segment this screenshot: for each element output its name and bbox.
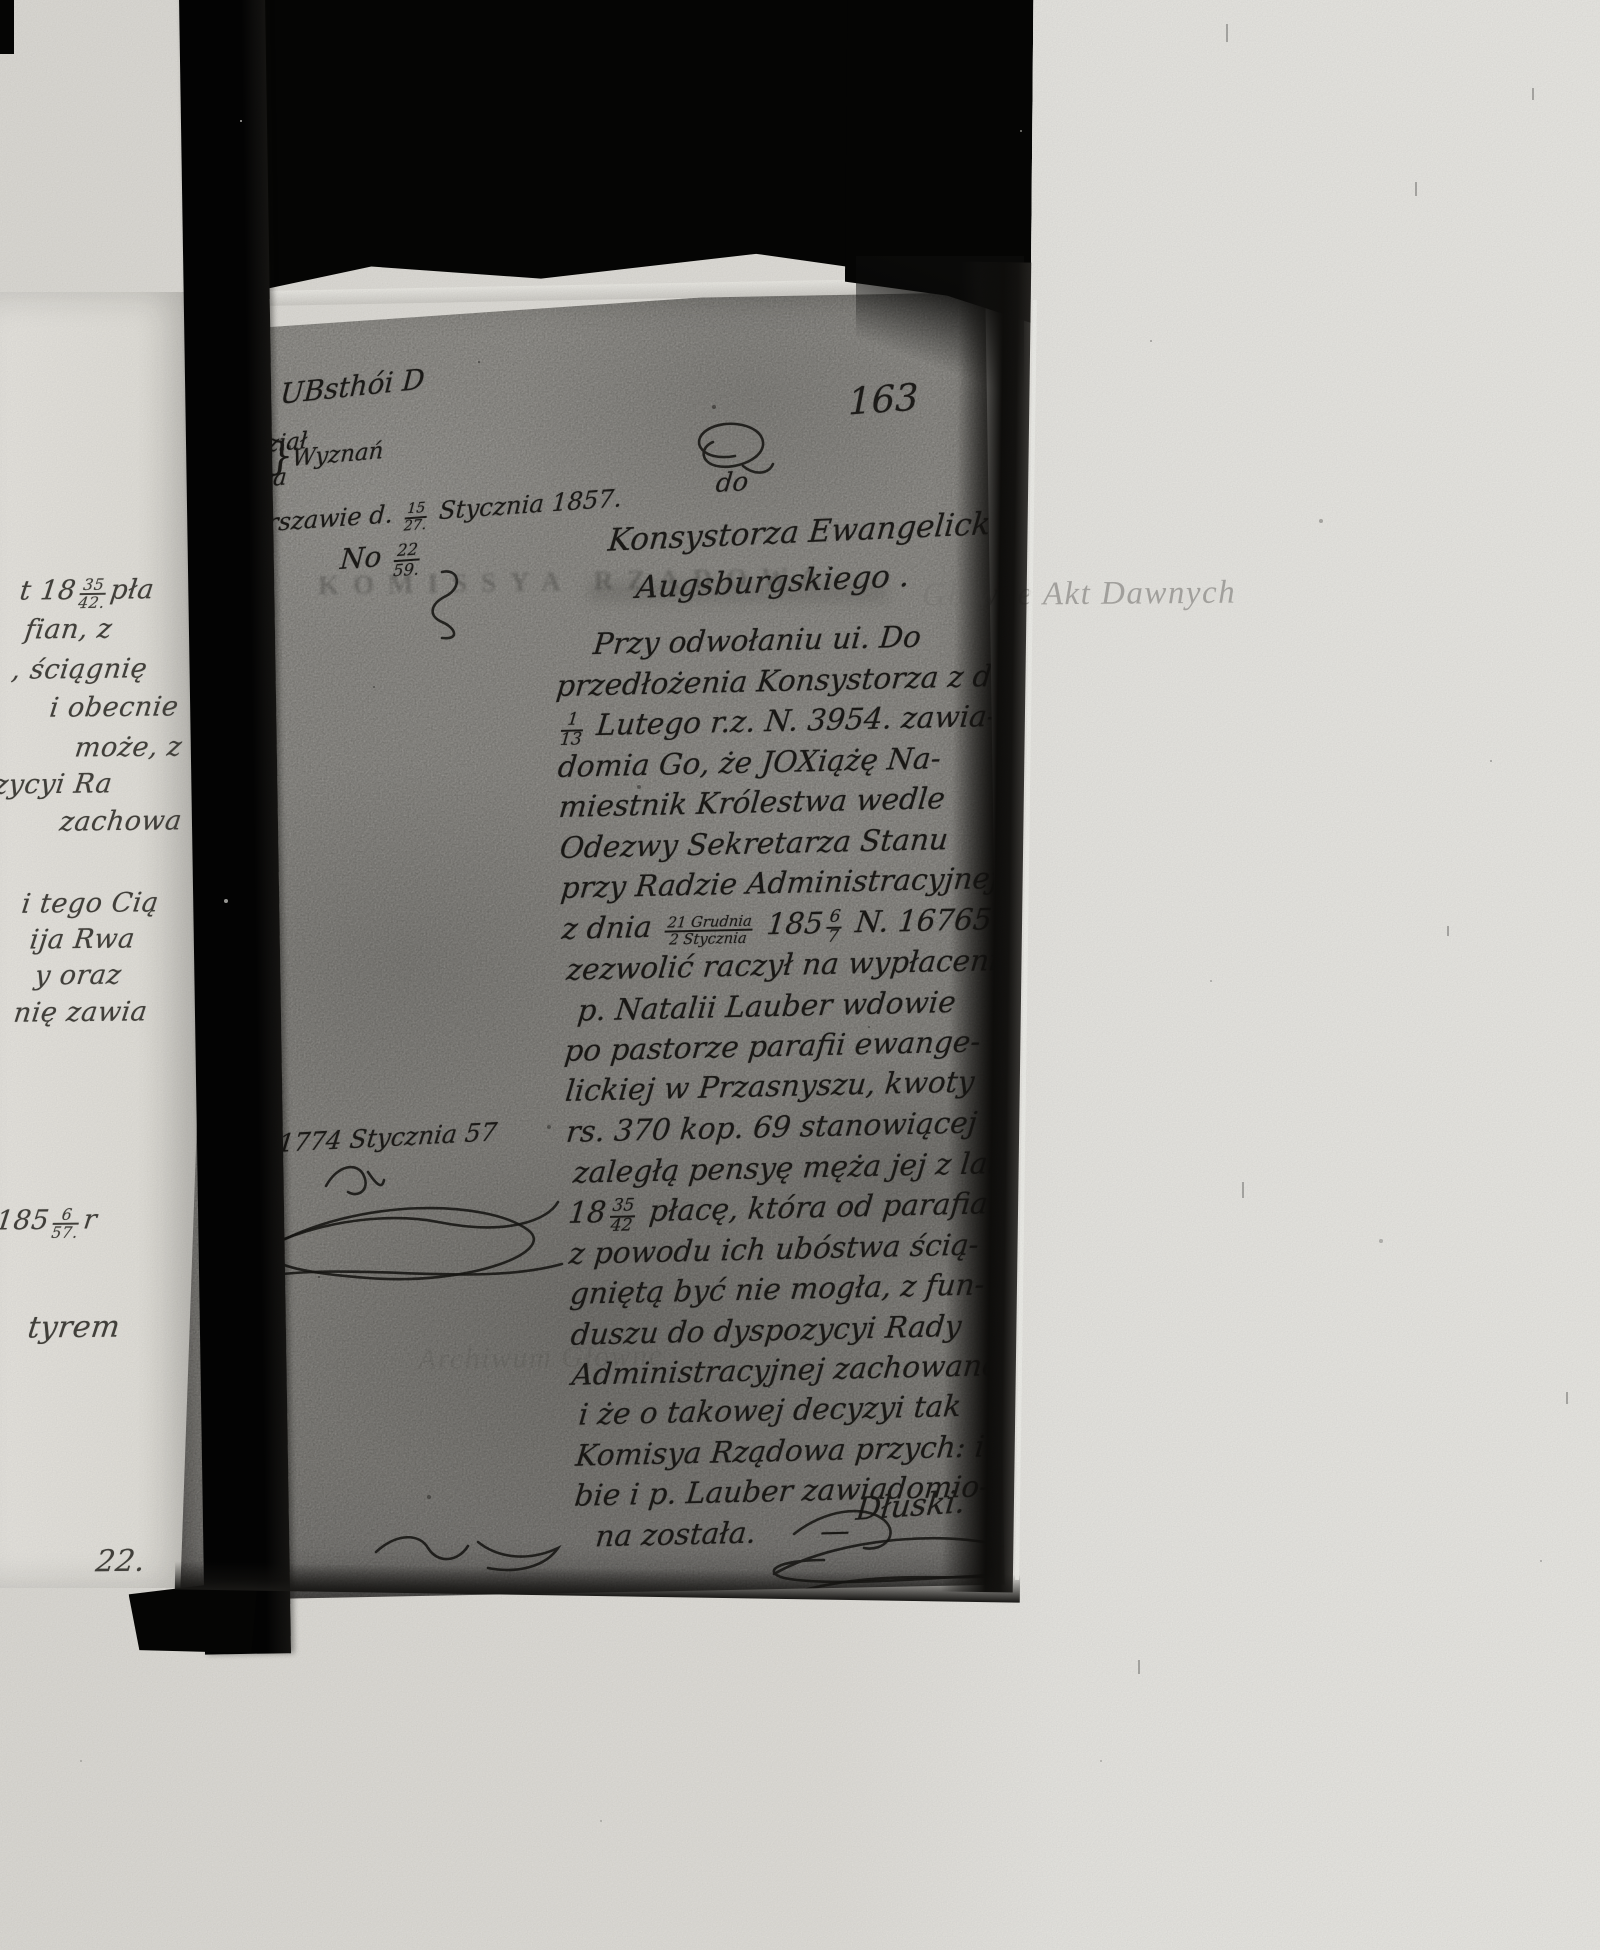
film-scratch [1242,1182,1244,1198]
body-line: gniętą być nie mogła, z fun- [568,1267,986,1310]
dust-specks-bg [0,0,2,2]
body-line: Przy odwołaniu ui. Do [592,620,923,662]
body-line: rs. 370 kop. 69 stanowiącej [565,1106,979,1149]
film-scratch [1447,926,1449,936]
fraction: 1527. [403,500,428,534]
body-line: i że o takowej decyzyi tak [577,1389,963,1432]
address-line1: Konsystorza Ewangelicko [606,505,1010,559]
microfilm-scan: t 183542.pła fian, z , ściągnię i obecni… [0,0,1600,1950]
registry-mark: UBsthói D [279,362,426,411]
left-partial-page: t 183542.pła fian, z , ściągnię i obecni… [0,292,202,1588]
left-page-line: ija Rwa [28,923,137,955]
fraction: 657. [50,1207,81,1242]
film-scratch [1415,182,1417,196]
document-page: 163 UBsthói D Wydział } Wyznań Sekcya w … [168,266,1020,1602]
body-line: po pastorze parafii ewange- [563,1024,982,1068]
body-line: duszu do dyspozycyi Rady [569,1309,963,1352]
left-page-line: 185657.r [0,1203,99,1239]
body-line: z dnia 21 Grudnia2 Stycznia 18567 N. 167… [560,902,994,950]
left-page-line: może, z [73,731,184,763]
address-to: do [714,467,749,499]
body-line: przy Radzie Administracyjnej [559,861,1001,905]
body-line: zaległą pensyę męża jej z lat [572,1146,1002,1190]
fraction: 21 Grudnia2 Stycznia [663,913,755,948]
left-page-line: , ściągnię [10,653,149,685]
left-page-line: y oraz [33,960,123,992]
left-page-footer-mark: 22. [94,1544,148,1580]
film-corner-mark [0,0,14,54]
left-page-line: tyrem [26,1310,123,1346]
fraction: 3542 [608,1197,638,1236]
body-line: domia Go, że JOXiążę Na- [556,741,942,784]
left-page-line: i tego Cią [20,887,161,919]
fraction: 67 [825,909,844,947]
body-line: lickiej w Przasnyszu, kwoty [564,1065,976,1108]
fraction: 3542. [77,577,108,612]
left-page-line: nię zawia [12,996,149,1028]
body-line: 113 Lutego r.z. N. 3954. zawia- [555,699,998,747]
body-line: Odezwy Sekretarza Stanu [558,822,949,865]
left-line-text: t 18 [18,575,78,607]
left-page-line: i obecnie [48,691,181,723]
body-line: p. Natalii Lauber wdowie [576,985,958,1028]
body-line: miestnik Królestwa wedle [557,781,946,824]
body-line: 183542 płacę, która od parafian [566,1186,1008,1234]
film-scratch [1532,88,1534,100]
left-page-line: fian, z [23,614,114,646]
fraction: 113 [559,711,585,749]
dust-specks [168,266,170,268]
film-border-bottom-notch [128,1579,262,1660]
film-scratch [1226,24,1228,42]
left-page-line: zycyi Ra [0,768,114,800]
left-page-line: t 183542.pła [18,573,157,609]
film-scratch [1566,1392,1568,1404]
left-page-line: zachowa [58,805,184,837]
film-scratch [1138,1660,1140,1674]
